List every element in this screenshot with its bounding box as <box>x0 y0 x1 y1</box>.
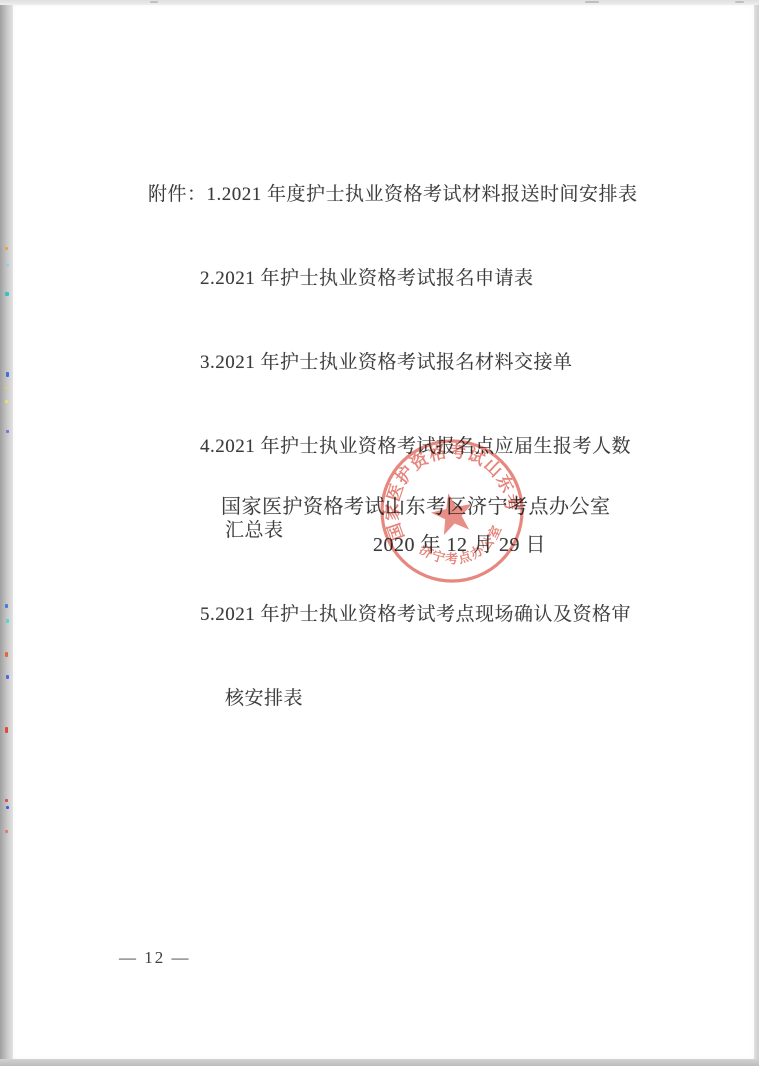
scan-edge-right <box>754 0 759 1066</box>
scan-artifact <box>5 604 8 608</box>
scan-smudge <box>735 1 744 3</box>
scan-artifact <box>6 264 9 266</box>
scan-artifact <box>6 675 9 679</box>
scan-artifact <box>5 652 8 657</box>
scan-artifact <box>5 830 8 833</box>
scan-edge-bottom <box>0 1059 759 1066</box>
attachment-line: 5.2021 年护士执业资格考试考点现场确认及资格审 <box>148 595 638 635</box>
scan-artifact <box>5 247 8 250</box>
scan-artifact <box>6 372 9 377</box>
scan-artifact <box>5 292 9 296</box>
attachment-line: 3.2021 年护士执业资格考试报名材料交接单 <box>148 343 638 383</box>
scan-artifact <box>6 430 9 433</box>
scan-artifact <box>5 400 8 403</box>
scan-smudge <box>150 1 158 3</box>
scan-edge-left <box>0 0 13 1066</box>
scan-artifact <box>5 387 8 389</box>
scanned-document-page: 附件：1.2021 年度护士执业资格考试材料报送时间安排表 2.2021 年护士… <box>0 0 759 1066</box>
scan-artifact <box>5 799 8 802</box>
scan-artifact <box>5 727 8 733</box>
attachment-line-continuation: 核安排表 <box>148 679 638 719</box>
scan-artifact <box>6 806 9 809</box>
attachment-line: 2.2021 年护士执业资格考试报名申请表 <box>148 259 638 299</box>
attachment-line: 附件：1.2021 年度护士执业资格考试材料报送时间安排表 <box>148 175 638 215</box>
scan-artifact <box>6 619 9 623</box>
seal-star-icon <box>428 489 477 537</box>
scan-smudge <box>585 1 599 3</box>
page-number: — 12 — <box>119 948 191 968</box>
official-seal: 国家医护资格考试山东考区 济宁考点办公室 <box>371 430 533 592</box>
